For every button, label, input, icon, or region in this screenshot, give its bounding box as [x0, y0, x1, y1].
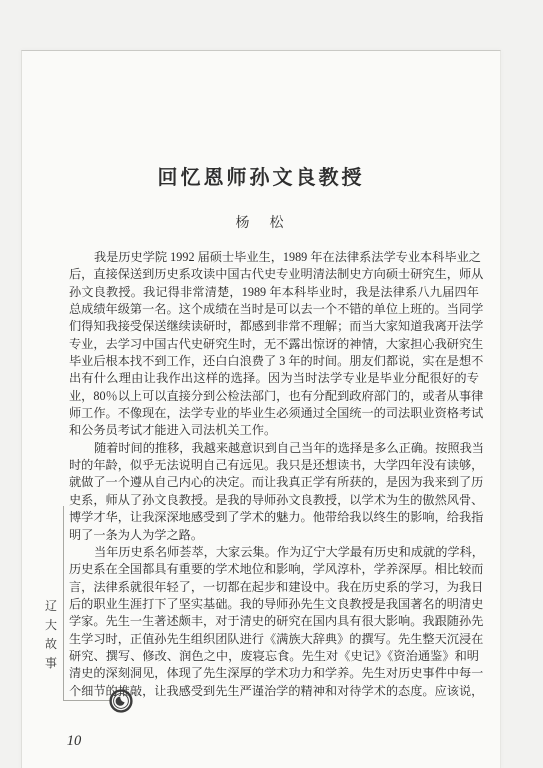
text-line: 研究、撰写、修改、润色之中，废寝忘食。先生对《史记》《资治通鉴》和明	[69, 648, 479, 665]
text-line: 言，法律系就很年轻了，一切都在起步和建设中。我在历史系的学习，为我日	[69, 579, 479, 596]
text-line: 当年历史系名师荟萃，大家云集。作为辽宁大学最有历史和成就的学科，	[69, 544, 479, 561]
text-line: 时的年龄，似乎无法说明自己有远见。我只是还想读书，大学四年没有读够，	[69, 457, 479, 474]
text-line: 毕业后根本找不到工作，还白白浪费了 3 年的时间。朋友们都说，实在是想不	[69, 353, 479, 370]
text-line: 学家。先生一生著述颇丰，对于清史的研究在国内具有很大影响。我跟随孙先	[69, 613, 479, 630]
text-line: 后，直接保送到历史系攻读中国古代史专业明清法制史方向硕士研究生，师从	[69, 266, 479, 283]
text-line: 史系，师从了孙文良教授。是我的导师孙文良教授，以学术为生的傲然风骨、	[69, 492, 479, 509]
sidebar-connector-line	[63, 700, 111, 701]
text-line: 后的职业生涯打下了坚实基础。我的导师孙先生文良教授是我国著名的明清史	[69, 596, 479, 613]
author-name: 杨 松	[22, 212, 500, 232]
text-line: 博学才华，让我深深地感受到了学术的魅力。他带给我以终生的影响，给我指	[69, 509, 479, 526]
article-title: 回忆恩师孙文良教授	[22, 161, 500, 190]
text-line: 们得知我接受保送继续读研时，都感到非常不理解；而当大家知道我离开法学	[69, 318, 479, 335]
article-body: 我是历史学院 1992 届硕士毕业生，1989 年在法律系法学专业本科毕业之后，…	[69, 249, 479, 700]
text-line: 师工作。不像现在，法学专业的毕业生必须通过全国统一的司法职业资格考试	[69, 405, 479, 422]
series-label-char: 大	[45, 616, 57, 635]
text-line: 清史的深刻洞见，体现了先生深厚的学术功力和学养。先生对历史事件中每一	[69, 665, 479, 682]
text-line: 就做了一个遵从自己内心的决定。而让我真正学有所获的，是因为我来到了历	[69, 474, 479, 491]
text-line: 生学习时，正值孙先生组织团队进行《满族大辞典》的撰写。先生整天沉浸在	[69, 631, 479, 648]
text-line: 随着时间的推移，我越来越意识到自己当年的选择是多么正确。按照我当	[69, 440, 479, 457]
text-line: 总成绩年级第一名。这个成绩在当时是可以去一个不错的单位上班的。当同学	[69, 301, 479, 318]
text-line: 明了一条为人为学之路。	[69, 527, 479, 544]
text-line: 我是历史学院 1992 届硕士毕业生，1989 年在法律系法学专业本科毕业之	[69, 249, 479, 266]
text-line: 出有什么理由让我作出这样的选择。因为当时法学专业是毕业分配很好的专	[69, 370, 479, 387]
circle-ornament-icon	[108, 688, 134, 714]
series-label: 辽大故事	[40, 597, 62, 673]
sidebar-rule	[63, 506, 64, 701]
page-number: 10	[52, 733, 96, 750]
text-line: 业，80％以上可以直接分到公检法部门，也有分配到政府部门的，或者从事律	[69, 388, 479, 405]
series-label-char: 故	[45, 635, 57, 654]
series-label-char: 辽	[45, 597, 57, 616]
text-line: 孙文良教授。我记得非常清楚，1989 年本科毕业时，我是法律系八九届四年	[69, 284, 479, 301]
text-line: 专业，去学习中国古代史研究生时，无不露出惊讶的神情，大家担心我研究生	[69, 336, 479, 353]
text-line: 和公务员考试才能进入司法机关工作。	[69, 422, 479, 439]
text-line: 历史系在全国都具有重要的学术地位和影响，学风淳朴，学养深厚。相比较而	[69, 561, 479, 578]
book-page: 回忆恩师孙文良教授 杨 松 我是历史学院 1992 届硕士毕业生，1989 年在…	[21, 50, 501, 768]
series-label-char: 事	[45, 654, 57, 673]
